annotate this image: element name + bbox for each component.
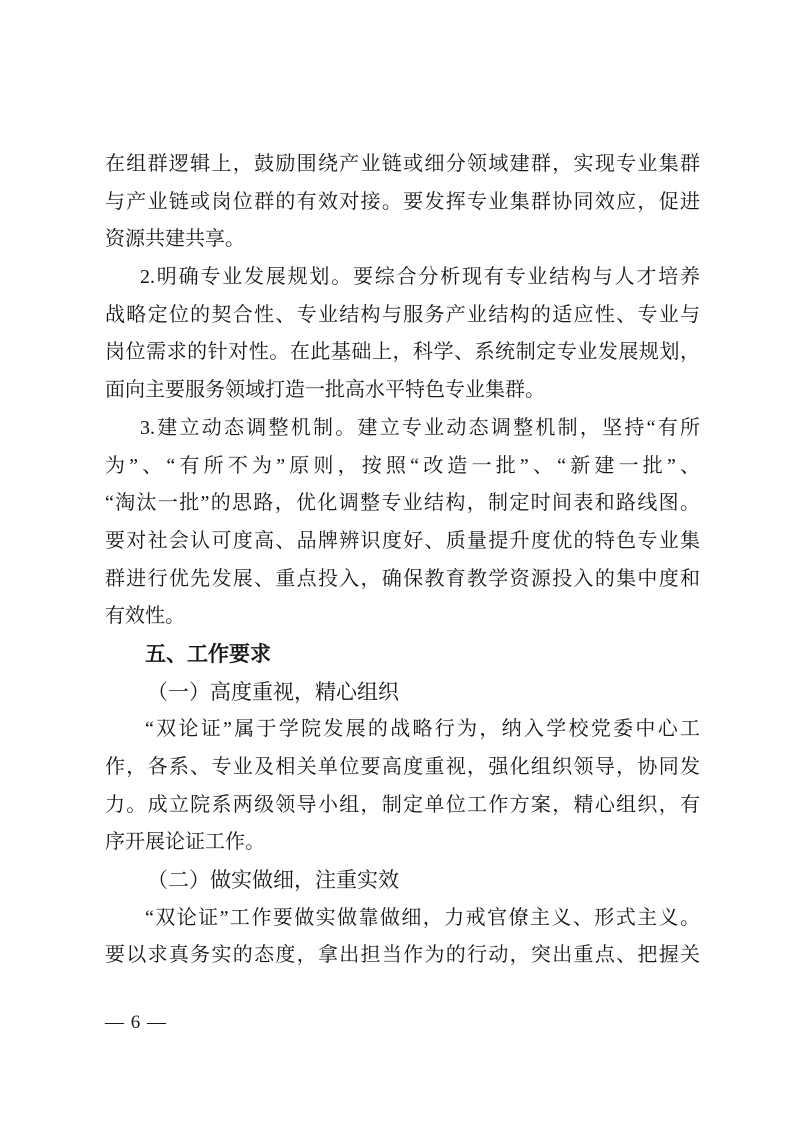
text-line: 战略定位的契合性、专业结构与服务产业结构的适应性、专业与 [105, 297, 700, 335]
sub-heading: （一）高度重视，精心组织 [105, 674, 700, 712]
section-heading: 五、工作要求 [105, 636, 700, 674]
text-line: 面向主要服务领域打造一批高水平特色专业集群。 [105, 372, 700, 410]
text-line: 有效性。 [105, 598, 700, 636]
text-line: 群进行优先发展、重点投入，确保教育教学资源投入的集中度和 [105, 561, 700, 599]
page-number: — 6 — [105, 1012, 167, 1033]
document-page: 在组群逻辑上，鼓励围绕产业链或细分领域建群，实现专业集群与产业链或岗位群的有效对… [0, 0, 793, 1122]
text-line: 作，各系、专业及相关单位要高度重视，强化组织领导，协同发 [105, 749, 700, 787]
text-line: 在组群逻辑上，鼓励围绕产业链或细分领域建群，实现专业集群 [105, 146, 700, 184]
text-line: 3.建立动态调整机制。建立专业动态调整机制，坚持“有所 [105, 410, 700, 448]
text-line: 与产业链或岗位群的有效对接。要发挥专业集群协同效应，促进 [105, 184, 700, 222]
text-line: 序开展论证工作。 [105, 824, 700, 862]
text-line: “双论证”属于学院发展的战略行为，纳入学校党委中心工 [105, 711, 700, 749]
sub-heading: （二）做实做细，注重实效 [105, 862, 700, 900]
page-footer: — 6 — [105, 1009, 167, 1037]
text-line: 力。成立院系两级领导小组，制定单位工作方案，精心组织，有 [105, 787, 700, 825]
text-line: 要以求真务实的态度，拿出担当作为的行动，突出重点、把握关 [105, 937, 700, 975]
document-text-block: 在组群逻辑上，鼓励围绕产业链或细分领域建群，实现专业集群与产业链或岗位群的有效对… [105, 146, 700, 975]
text-line: 2.明确专业发展规划。要综合分析现有专业结构与人才培养 [105, 259, 700, 297]
text-line: “淘汰一批”的思路，优化调整专业结构，制定时间表和路线图。 [105, 485, 700, 523]
text-line: 岗位需求的针对性。在此基础上，科学、系统制定专业发展规划， [105, 334, 700, 372]
text-line: 为”、“有所不为”原则，按照“改造一批”、“新建一批”、 [105, 448, 700, 486]
text-line: 资源共建共享。 [105, 221, 700, 259]
text-line: “双论证”工作要做实做靠做细，力戒官僚主义、形式主义。 [105, 900, 700, 938]
text-line: 要对社会认可度高、品牌辨识度好、质量提升度优的特色专业集 [105, 523, 700, 561]
